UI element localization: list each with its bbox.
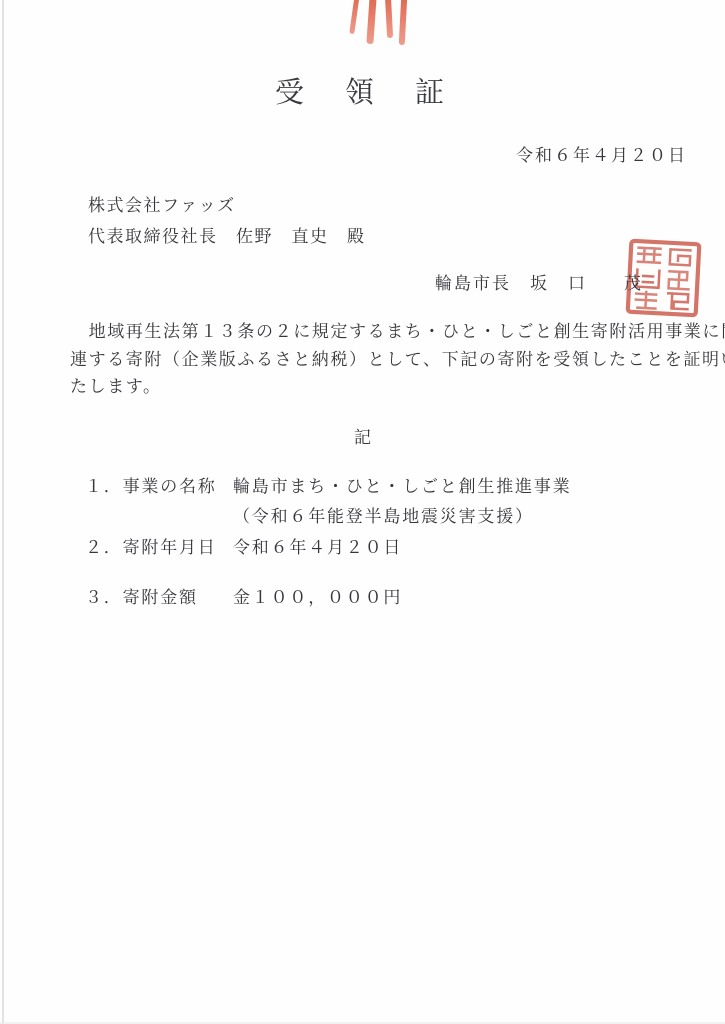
body-line-3: たします。 [70,373,680,401]
issuer-line: 輪島市長 坂 口 茂 [435,269,643,294]
body-line-2: 連する寄附（企業版ふるさと納税）として、下記の寄附を受領したことを証明い [70,346,680,374]
addressee-company: 株式会社ファッズ [88,190,366,221]
receipt-document-page: 受 領 証 令和６年４月２０日 株式会社ファッズ 代表取締役社長 佐野 直史 殿… [0,0,725,1024]
partial-tally-stamp-icon [348,0,412,50]
scan-edge-artifact-left [2,0,4,1024]
issuer-title-and-surname: 輪島市長 坂 口 [435,269,587,294]
donation-details-list: １．事業の名称 輪島市まち・ひと・しごと創生推進事業 （令和６年能登半島地震災害… [85,472,645,612]
stamp-stroke-icon [385,0,393,38]
item-row-donation-date: ２．寄附年月日 令和６年４月２０日 [85,533,402,558]
body-line-1: 地域再生法第１３条の２に規定するまち・ひと・しごと創生寄附活用事業に関 [70,318,680,346]
addressee-person: 代表取締役社長 佐野 直史 殿 [88,221,366,252]
item-value-continuation: （令和６年能登半島地震災害支援） [233,502,534,527]
item-label: １．事業の名称 [85,472,233,497]
item-value: 金１００，０００円 [233,583,402,608]
stamp-stroke-icon [349,0,360,34]
stamp-stroke-icon [399,0,408,45]
document-title: 受 領 証 [0,70,725,111]
body-paragraph: 地域再生法第１３条の２に規定するまち・ひと・しごと創生寄附活用事業に関 連する寄… [70,318,680,401]
item-label: ３．寄附金額 [85,583,233,608]
issuer-given-name: 茂 [624,269,643,294]
addressee-block: 株式会社ファッズ 代表取締役社長 佐野 直史 殿 [88,190,366,252]
issue-date: 令和６年４月２０日 [516,141,687,166]
stamp-stroke-icon [366,0,376,44]
item-row-donation-amount: ３．寄附金額 金１００，０００円 [85,583,402,608]
item-label: ２．寄附年月日 [85,533,233,558]
section-marker-ki: 記 [0,423,725,448]
item-row-project-name: １．事業の名称 輪島市まち・ひと・しごと創生推進事業 [85,472,571,497]
item-value: 輪島市まち・ひと・しごと創生推進事業 [233,472,571,497]
item-value: 令和６年４月２０日 [233,533,402,558]
